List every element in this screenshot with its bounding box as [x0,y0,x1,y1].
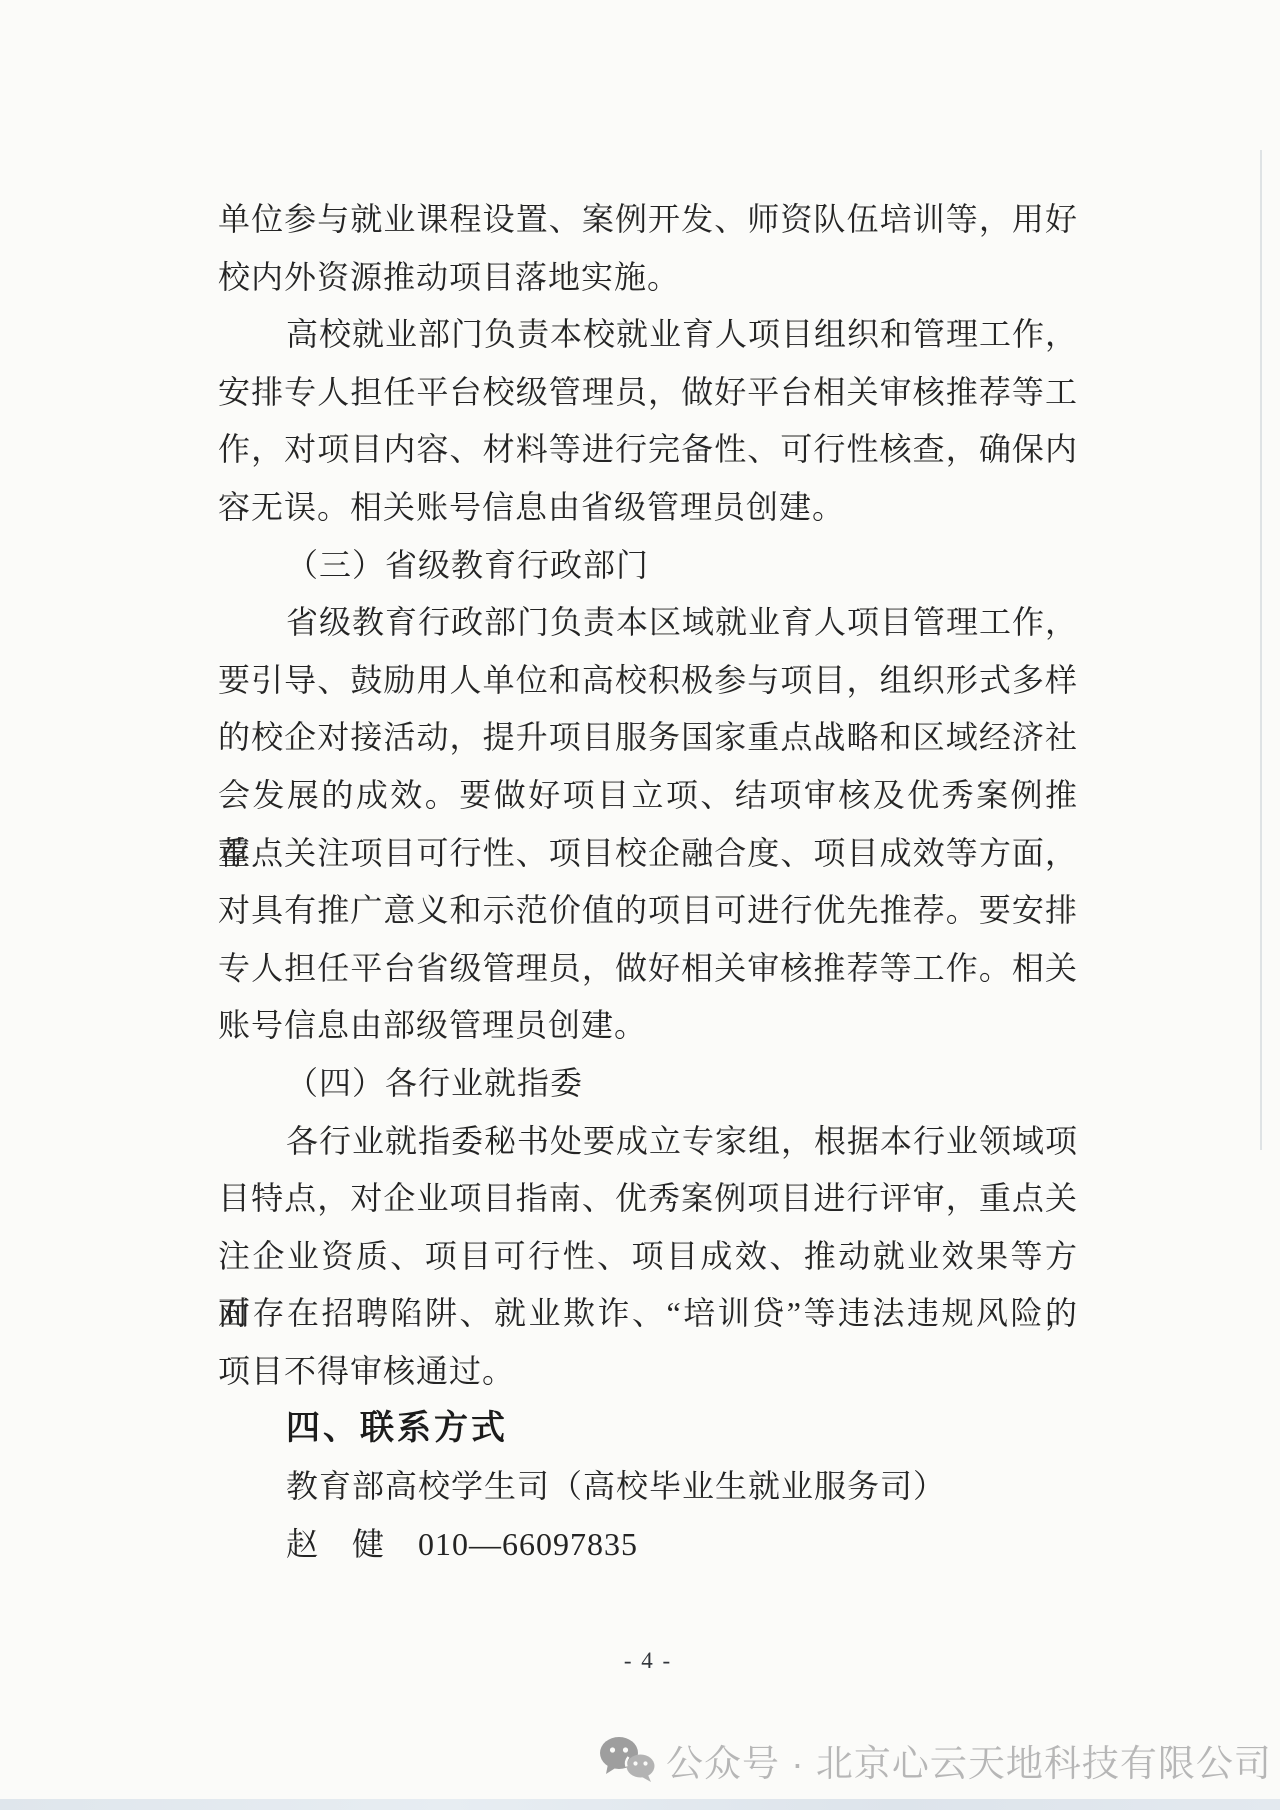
text-line: 省级教育行政部门负责本区域就业育人项目管理工作， [218,594,1078,652]
text-line: 作，对项目内容、材料等进行完备性、可行性核查，确保内 [218,421,1078,479]
document-page: 单位参与就业课程设置、案例开发、师资队伍培训等，用好校内外资源推动项目落地实施。… [0,0,1280,1810]
text-line: 会发展的成效。要做好项目立项、结项审核及优秀案例推荐， [218,767,1078,825]
text-line: 各行业就指委秘书处要成立专家组，根据本行业领域项 [218,1113,1078,1171]
watermark: 公众号 · 北京心云天地科技有限公司 [598,1733,1272,1787]
text-line: 对存在招聘陷阱、就业欺诈、“培训贷”等违法违规风险的 [218,1285,1078,1343]
wechat-icon [598,1736,656,1784]
text-line: 四、联系方式 [218,1400,1078,1458]
text-line: （四）各行业就指委 [218,1055,1078,1113]
text-line: 教育部高校学生司（高校毕业生就业服务司） [218,1458,1078,1516]
text-line: 容无误。相关账号信息由省级管理员创建。 [218,479,1078,537]
text-line: 账号信息由部级管理员创建。 [218,997,1078,1055]
watermark-text: 公众号 · 北京心云天地科技有限公司 [666,1733,1272,1787]
text-line: （三）省级教育行政部门 [218,537,1078,595]
scan-edge-artifact [1260,150,1262,1150]
text-line: 对具有推广意义和示范价值的项目可进行优先推荐。要安排 [218,882,1078,940]
text-line: 目特点，对企业项目指南、优秀案例项目进行评审，重点关 [218,1170,1078,1228]
text-line: 要引导、鼓励用人单位和高校积极参与项目，组织形式多样 [218,652,1078,710]
text-line: 注企业资质、项目可行性、项目成效、推动就业效果等方面， [218,1228,1078,1286]
text-line: 的校企对接活动，提升项目服务国家重点战略和区域经济社 [218,709,1078,767]
body-text: 单位参与就业课程设置、案例开发、师资队伍培训等，用好校内外资源推动项目落地实施。… [218,191,1078,1573]
text-line: 重点关注项目可行性、项目校企融合度、项目成效等方面， [218,825,1078,883]
text-line: 校内外资源推动项目落地实施。 [218,249,1078,307]
scan-bottom-edge [0,1799,1280,1810]
text-line: 高校就业部门负责本校就业育人项目组织和管理工作， [218,306,1078,364]
text-line: 项目不得审核通过。 [218,1343,1078,1401]
text-line: 安排专人担任平台校级管理员，做好平台相关审核推荐等工 [218,364,1078,422]
page-number: - 4 - [0,1648,1280,1674]
text-line: 专人担任平台省级管理员，做好相关审核推荐等工作。相关 [218,940,1078,998]
text-line: 单位参与就业课程设置、案例开发、师资队伍培训等，用好 [218,191,1078,249]
text-line: 赵 健 010—66097835 [218,1516,1078,1574]
